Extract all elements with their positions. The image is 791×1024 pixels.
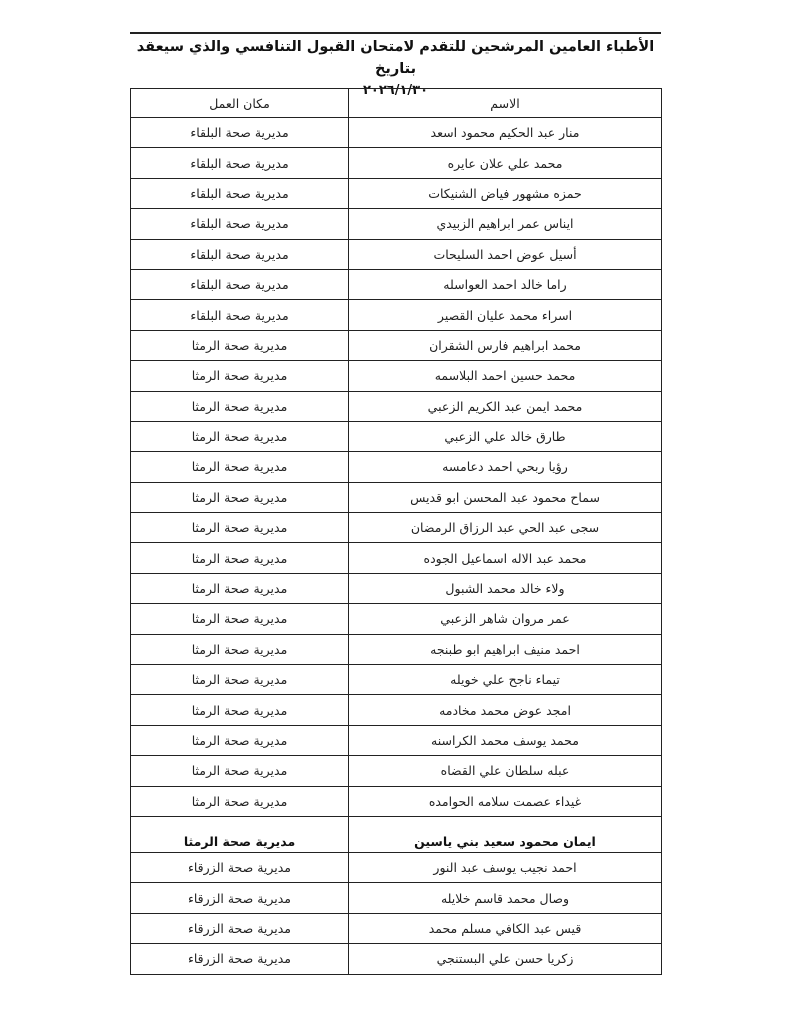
table-row: ايمان محمود سعيد بني ياسينمديرية صحة الر… [131, 816, 662, 852]
cell-name: احمد منيف ابراهيم ابو طبنجه [349, 634, 662, 664]
cell-name: زكريا حسن علي البستنجي [349, 944, 662, 974]
cell-workplace: مديرية صحة الرمثا [131, 482, 349, 512]
cell-name: راما خالد احمد العواسله [349, 269, 662, 299]
table-row: رؤيا ربحي احمد دعامسهمديرية صحة الرمثا [131, 452, 662, 482]
cell-name: تيماء ناجح علي خويله [349, 665, 662, 695]
cell-name: ايمان محمود سعيد بني ياسين [349, 816, 662, 852]
table-row: ايناس عمر ابراهيم الزبيديمديرية صحة البل… [131, 209, 662, 239]
top-rule [130, 32, 661, 34]
table-header-row: الاسم مكان العمل [131, 89, 662, 118]
table-row: غيداء عصمت سلامه الحوامدهمديرية صحة الرم… [131, 786, 662, 816]
cell-name: محمد يوسف محمد الكراسنه [349, 725, 662, 755]
cell-workplace: مديرية صحة البلقاء [131, 269, 349, 299]
cell-name: محمد ابراهيم فارس الشقران [349, 330, 662, 360]
cell-workplace: مديرية صحة الرمثا [131, 604, 349, 634]
table-row: سماح محمود عبد المحسن ابو قديسمديرية صحة… [131, 482, 662, 512]
cell-workplace: مديرية صحة الرمثا [131, 665, 349, 695]
cell-workplace: مديرية صحة البلقاء [131, 209, 349, 239]
table-row: تيماء ناجح علي خويلهمديرية صحة الرمثا [131, 665, 662, 695]
cell-name: امجد عوض محمد مخادمه [349, 695, 662, 725]
table-row: منار عبد الحكيم محمود اسعدمديرية صحة الب… [131, 118, 662, 148]
table-row: احمد منيف ابراهيم ابو طبنجهمديرية صحة ال… [131, 634, 662, 664]
cell-workplace: مديرية صحة الرمثا [131, 573, 349, 603]
cell-name: قيس عبد الكافي مسلم محمد [349, 913, 662, 943]
cell-workplace: مديرية صحة البلقاء [131, 239, 349, 269]
header-name: الاسم [349, 89, 662, 118]
cell-workplace: مديرية صحة الزرقاء [131, 944, 349, 974]
cell-workplace: مديرية صحة الرمثا [131, 634, 349, 664]
table-row: طارق خالد علي الزعبيمديرية صحة الرمثا [131, 421, 662, 451]
table-body: منار عبد الحكيم محمود اسعدمديرية صحة الب… [131, 118, 662, 975]
cell-name: وصال محمد قاسم خلايله [349, 883, 662, 913]
cell-workplace: مديرية صحة الرمثا [131, 391, 349, 421]
cell-workplace: مديرية صحة الزرقاء [131, 852, 349, 882]
table-row: عبله سلطان علي القضاهمديرية صحة الرمثا [131, 756, 662, 786]
cell-workplace: مديرية صحة الرمثا [131, 725, 349, 755]
cell-name: ايناس عمر ابراهيم الزبيدي [349, 209, 662, 239]
table-row: وصال محمد قاسم خلايلهمديرية صحة الزرقاء [131, 883, 662, 913]
cell-name: احمد نجيب يوسف عبد النور [349, 852, 662, 882]
cell-workplace: مديرية صحة الرمثا [131, 543, 349, 573]
cell-workplace: مديرية صحة البلقاء [131, 300, 349, 330]
cell-workplace: مديرية صحة الرمثا [131, 816, 349, 852]
table-row: أسيل عوض احمد السليحاتمديرية صحة البلقاء [131, 239, 662, 269]
table-row: محمد يوسف محمد الكراسنهمديرية صحة الرمثا [131, 725, 662, 755]
title-text: الأطباء العامين المرشحين للتقدم لامتحان … [137, 39, 654, 77]
cell-workplace: مديرية صحة الرمثا [131, 452, 349, 482]
cell-workplace: مديرية صحة الرمثا [131, 695, 349, 725]
cell-workplace: مديرية صحة البلقاء [131, 178, 349, 208]
cell-workplace: مديرية صحة الرمثا [131, 756, 349, 786]
table-row: عمر مروان شاهر الزعبيمديرية صحة الرمثا [131, 604, 662, 634]
cell-workplace: مديرية صحة الزرقاء [131, 883, 349, 913]
candidates-table: الاسم مكان العمل منار عبد الحكيم محمود ا… [130, 88, 662, 975]
table-row: امجد عوض محمد مخادمهمديرية صحة الرمثا [131, 695, 662, 725]
table-row: محمد حسين احمد البلاسمهمديرية صحة الرمثا [131, 361, 662, 391]
cell-name: سجى عبد الحي عبد الرزاق الرمضان [349, 513, 662, 543]
table-row: محمد عبد الاله اسماعيل الجودهمديرية صحة … [131, 543, 662, 573]
cell-workplace: مديرية صحة البلقاء [131, 118, 349, 148]
cell-name: محمد حسين احمد البلاسمه [349, 361, 662, 391]
cell-name: أسيل عوض احمد السليحات [349, 239, 662, 269]
table-row: احمد نجيب يوسف عبد النورمديرية صحة الزرق… [131, 852, 662, 882]
cell-name: عبله سلطان علي القضاه [349, 756, 662, 786]
table-row: ولاء خالد محمد الشبولمديرية صحة الرمثا [131, 573, 662, 603]
table-row: زكريا حسن علي البستنجيمديرية صحة الزرقاء [131, 944, 662, 974]
table-row: محمد علي علان عايرهمديرية صحة البلقاء [131, 148, 662, 178]
cell-name: رؤيا ربحي احمد دعامسه [349, 452, 662, 482]
header-workplace: مكان العمل [131, 89, 349, 118]
table-row: سجى عبد الحي عبد الرزاق الرمضانمديرية صح… [131, 513, 662, 543]
cell-name: حمزه مشهور فياض الشنيكات [349, 178, 662, 208]
cell-name: طارق خالد علي الزعبي [349, 421, 662, 451]
table-row: اسراء محمد عليان القصيرمديرية صحة البلقا… [131, 300, 662, 330]
cell-name: ولاء خالد محمد الشبول [349, 573, 662, 603]
table-row: قيس عبد الكافي مسلم محمدمديرية صحة الزرق… [131, 913, 662, 943]
table-row: محمد ايمن عبد الكريم الزعبيمديرية صحة ال… [131, 391, 662, 421]
cell-workplace: مديرية صحة الرمثا [131, 361, 349, 391]
cell-workplace: مديرية صحة الرمثا [131, 421, 349, 451]
cell-workplace: مديرية صحة الرمثا [131, 330, 349, 360]
cell-name: محمد علي علان عايره [349, 148, 662, 178]
cell-workplace: مديرية صحة البلقاء [131, 148, 349, 178]
cell-workplace: مديرية صحة الرمثا [131, 513, 349, 543]
table-row: حمزه مشهور فياض الشنيكاتمديرية صحة البلق… [131, 178, 662, 208]
cell-name: عمر مروان شاهر الزعبي [349, 604, 662, 634]
table-row: راما خالد احمد العواسلهمديرية صحة البلقا… [131, 269, 662, 299]
cell-workplace: مديرية صحة الزرقاء [131, 913, 349, 943]
cell-name: غيداء عصمت سلامه الحوامده [349, 786, 662, 816]
cell-name: محمد ايمن عبد الكريم الزعبي [349, 391, 662, 421]
cell-name: سماح محمود عبد المحسن ابو قديس [349, 482, 662, 512]
cell-name: محمد عبد الاله اسماعيل الجوده [349, 543, 662, 573]
cell-name: اسراء محمد عليان القصير [349, 300, 662, 330]
table-row: محمد ابراهيم فارس الشقرانمديرية صحة الرم… [131, 330, 662, 360]
cell-workplace: مديرية صحة الرمثا [131, 786, 349, 816]
cell-name: منار عبد الحكيم محمود اسعد [349, 118, 662, 148]
